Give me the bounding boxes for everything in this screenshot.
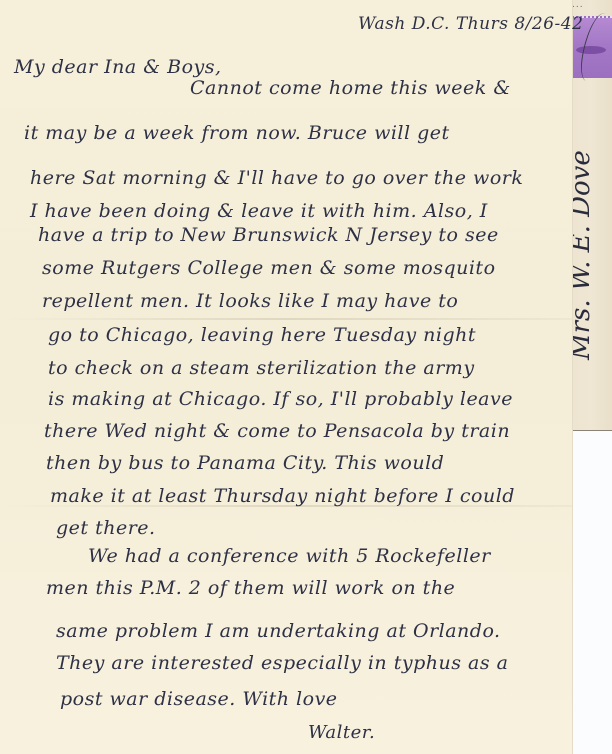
letter-line: it may be a week from now. Bruce will ge… [24,122,450,144]
paper-fold [0,318,572,320]
letter-line: repellent men. It looks like I may have … [42,290,458,312]
salutation: My dear Ina & Boys, [14,56,222,78]
letter-line: We had a conference with 5 Rockefeller [88,545,491,567]
letter-line: post war disease. With love [60,688,338,710]
letter-line: then by bus to Panama City. This would [46,452,444,474]
letter-line: to check on a steam sterilization the ar… [48,357,475,379]
letter-line: is making at Chicago. If so, I'll probab… [48,388,513,410]
letter-line: some Rutgers College men & some mosquito [42,257,496,279]
letter-line: Cannot come home this week & [190,77,511,99]
letter-line: make it at least Thursday night before I… [50,485,515,507]
letter-line: get there. [56,517,156,539]
letter-line: there Wed night & come to Pensacola by t… [44,420,510,442]
letter-line: go to Chicago, leaving here Tuesday nigh… [48,324,476,346]
letter-line: here Sat morning & I'll have to go over … [30,167,523,189]
letter-line: I have been doing & leave it with him. A… [30,200,488,222]
signature: Walter. [308,722,375,743]
letter-line: men this P.M. 2 of them will work on the [46,577,455,599]
postmark-marks: ... [572,0,584,10]
letter-page: Wash D.C. Thurs 8/26-42 My dear Ina & Bo… [0,0,572,754]
letter-line: have a trip to New Brunswick N Jersey to… [38,224,499,246]
letter-line: They are interested especially in typhus… [56,652,508,674]
dateline: Wash D.C. Thurs 8/26-42 [358,14,583,34]
letter-line: same problem I am undertaking at Orlando… [56,620,501,642]
